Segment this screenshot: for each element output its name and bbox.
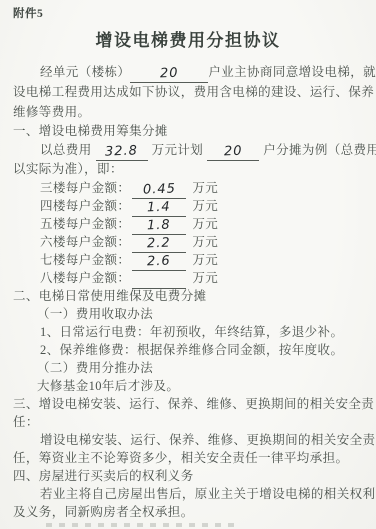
total-cost-value: 32.8 — [105, 144, 138, 158]
cost-line-post: 户分摊为例（总费用 — [263, 143, 376, 157]
floor-amount-value: 2.6 — [147, 255, 171, 269]
floor-row-unit: 万元 — [192, 235, 218, 249]
floor-row-unit: 万元 — [192, 271, 218, 285]
intro-line-1: 经单元（楼栋）20户业主协商同意增设电梯，就增 — [0, 62, 376, 82]
floor-row-8: 八楼每户金额：万元 — [0, 269, 376, 287]
section4-body-line-1: 若业主将自己房屋出售后，原业主关于增设电梯的相关权利 — [0, 485, 376, 503]
floor-row-5: 五楼每户金额：1.8万元 — [0, 215, 376, 233]
section3-body-line-2: 任，筹资业主不论筹资多少，相关安全责任一律平均承担。 — [0, 449, 376, 467]
floor-amount-value: 0.45 — [143, 182, 176, 196]
intro-line-2: 设电梯工程费用达成如下协议，费用含电梯的建设、运行、保养 — [0, 82, 376, 102]
section4-body-line-2: 及义务，同新购房者全权承担。 — [0, 503, 376, 521]
plan-households-blank: 20 — [207, 145, 259, 161]
floor-row-unit: 万元 — [192, 253, 218, 267]
section3-heading-line-2: 任： — [0, 413, 376, 431]
cost-line-mid: 万元计划 — [152, 143, 204, 157]
floor-row-label: 六楼每户金额： — [40, 235, 130, 249]
section3-body-line-1: 增设电梯安装、运行、保养、维修、更换期间的相关安全责 — [0, 431, 376, 449]
floor-row-unit: 万元 — [192, 181, 218, 195]
floor-row-unit: 万元 — [192, 217, 218, 231]
floor-row-label: 五楼每户金额： — [40, 217, 130, 231]
maintenance-fee-item: 2、保养维修费：根据保养维修合同金额，按年度收。 — [0, 341, 376, 359]
intro-line-1-post: 户业主协商同意增设电梯，就增 — [208, 65, 376, 79]
unit-households-blank: 20 — [130, 67, 208, 83]
attachment-label: 附件5 — [0, 0, 376, 21]
floor-amount-value: 1.4 — [147, 201, 171, 215]
floor-row-unit: 万元 — [192, 199, 218, 213]
floor-amount-value: 2.2 — [147, 237, 171, 251]
floor-row-7: 七楼每户金额：2.6万元 — [0, 251, 376, 269]
floor-row-label: 三楼每户金额： — [40, 181, 130, 195]
section2-heading: 二、电梯日常使用维保及电费分摊 — [0, 287, 376, 305]
running-electricity-item: 1、日常运行电费：年初预收，年终结算，多退少补。 — [0, 323, 376, 341]
floor-row-label: 四楼每户金额： — [40, 199, 130, 213]
section3-heading-line-1: 三、增设电梯安装、运行、保养、维修、更换期间的相关安全责 — [0, 395, 376, 413]
plan-households-value: 20 — [224, 145, 243, 159]
floor-amount-value: 1.8 — [147, 219, 171, 233]
scanned-agreement-page: 附件5 增设电梯费用分担协议 经单元（楼栋）20户业主协商同意增设电梯，就增 设… — [0, 0, 376, 529]
section4-heading: 四、房屋进行买卖后的权利义务 — [0, 467, 376, 485]
total-cost-blank: 32.8 — [96, 145, 148, 161]
floor-row-3: 三楼每户金额：0.45万元 — [0, 179, 376, 197]
floor-row-label: 八楼每户金额： — [40, 271, 130, 285]
fee-collection-subheading: （一）费用收取办法 — [0, 305, 376, 323]
section1-cost-line: 以总费用32.8万元计划20户分摊为例（总费用 — [0, 141, 376, 160]
cost-line-pre: 以总费用 — [40, 143, 92, 157]
floor-row-4: 四楼每户金额：1.4万元 — [0, 197, 376, 215]
section1-heading: 一、增设电梯费用筹集分摊 — [0, 122, 376, 141]
section1-cost-line-2: 以实际为准），即： — [0, 160, 376, 179]
intro-line-1-pre: 经单元（楼栋） — [40, 65, 130, 79]
floor-row-label: 七楼每户金额： — [40, 253, 130, 267]
floor-row-6: 六楼每户金额：2.2万元 — [0, 233, 376, 251]
fee-sharing-subheading: （二）费用分推办法 — [0, 359, 376, 377]
cutoff-text-fragment — [46, 523, 236, 527]
document-title: 增设电梯费用分担协议 — [0, 30, 376, 52]
unit-households-value: 20 — [160, 67, 179, 81]
repair-fund-note: 大修基金10年后才涉及。 — [0, 377, 376, 395]
intro-line-3: 维修等费用。 — [0, 102, 376, 122]
